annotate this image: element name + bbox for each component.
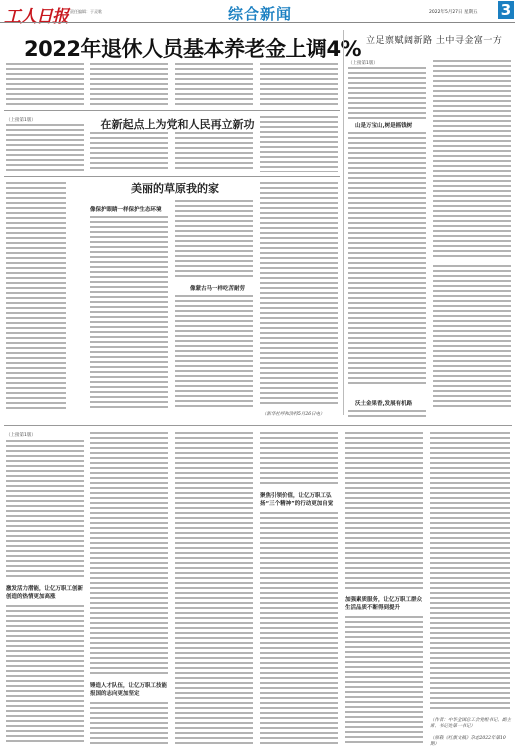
article-text (6, 440, 84, 580)
article-text (348, 67, 426, 119)
side-headline: 立足禀赋阔新路 土中寻金富一方 (366, 33, 502, 46)
subhead: 像保护眼睛一样保护生态环境 (90, 206, 162, 214)
article-text (433, 265, 511, 410)
subhead: 山是万宝山,树是摇钱树 (355, 122, 412, 130)
article-text (260, 116, 338, 172)
article-text (345, 432, 423, 592)
article-text (260, 432, 338, 487)
article-text (90, 432, 168, 677)
article-text (433, 60, 511, 260)
article-text (348, 410, 426, 418)
article-text (6, 182, 66, 410)
newspaper-logo: 工人日报 (4, 2, 68, 27)
page-number-badge: 3 (498, 1, 514, 19)
main-headline: 2022年退休人员基本养老金上调4% (24, 33, 361, 63)
article-text (175, 432, 253, 746)
article-text (260, 512, 338, 746)
subhead: 加强素质服务，让亿万职工群众生活品质不断得到提升 (345, 596, 423, 612)
author-credit: （作者：中华全国总工会党组书记、副主席、书记处第一书记） (430, 717, 512, 729)
article-text (260, 63, 338, 105)
subhead: 像蒙古马一样吃苦耐劳 (190, 285, 245, 293)
article-text (6, 605, 84, 745)
article-text (6, 63, 84, 105)
subhead: 激发活力潜能，让亿万职工创新创造的热情更加高涨 (6, 585, 84, 601)
divider (4, 110, 340, 111)
divider (4, 176, 340, 177)
article-headline: 在新起点上为党和人民再立新功 (95, 116, 260, 132)
subhead: 聚焦引领价值，让亿万职工弘扬“三个精神”的行动更加自觉 (260, 492, 338, 508)
divider (343, 30, 344, 415)
issue-date: 2022年5月27日 星期五 (429, 9, 477, 15)
article-text (430, 432, 510, 712)
article-text (348, 132, 426, 387)
article-text (90, 132, 168, 172)
masthead: 工人日报 责任编辑：于灵歌 综合新闻 2022年5月27日 星期五 3 (0, 0, 515, 22)
source-credit: （原载《红旗文稿》杂志2022年第10期） (430, 735, 512, 747)
byline: （上接第1版） (6, 432, 36, 438)
article-text (260, 182, 338, 407)
section-title: 综合新闻 (228, 3, 292, 24)
subhead: 锤造人才队伍，让亿万职工技能报国的志向更加坚定 (90, 682, 168, 698)
dateline-credit: （新华社呼和浩特5月26日电） (262, 411, 325, 417)
subhead: 沃土金果香,发展有机路 (355, 400, 412, 408)
byline: （上接第1版） (6, 117, 36, 123)
article-text (90, 702, 168, 746)
article-text (175, 200, 253, 280)
article-text (6, 124, 84, 172)
article-text (345, 616, 423, 746)
divider (0, 22, 515, 23)
editor-credit: 责任编辑：于灵歌 (70, 9, 102, 15)
article-headline: 美丽的草原我的家 (70, 180, 280, 196)
article-text (90, 216, 168, 411)
article-text (175, 132, 253, 172)
byline: （上接第1版） (348, 60, 378, 66)
article-text (175, 63, 253, 105)
divider (4, 425, 512, 426)
article-text (175, 295, 253, 410)
article-text (90, 63, 168, 105)
